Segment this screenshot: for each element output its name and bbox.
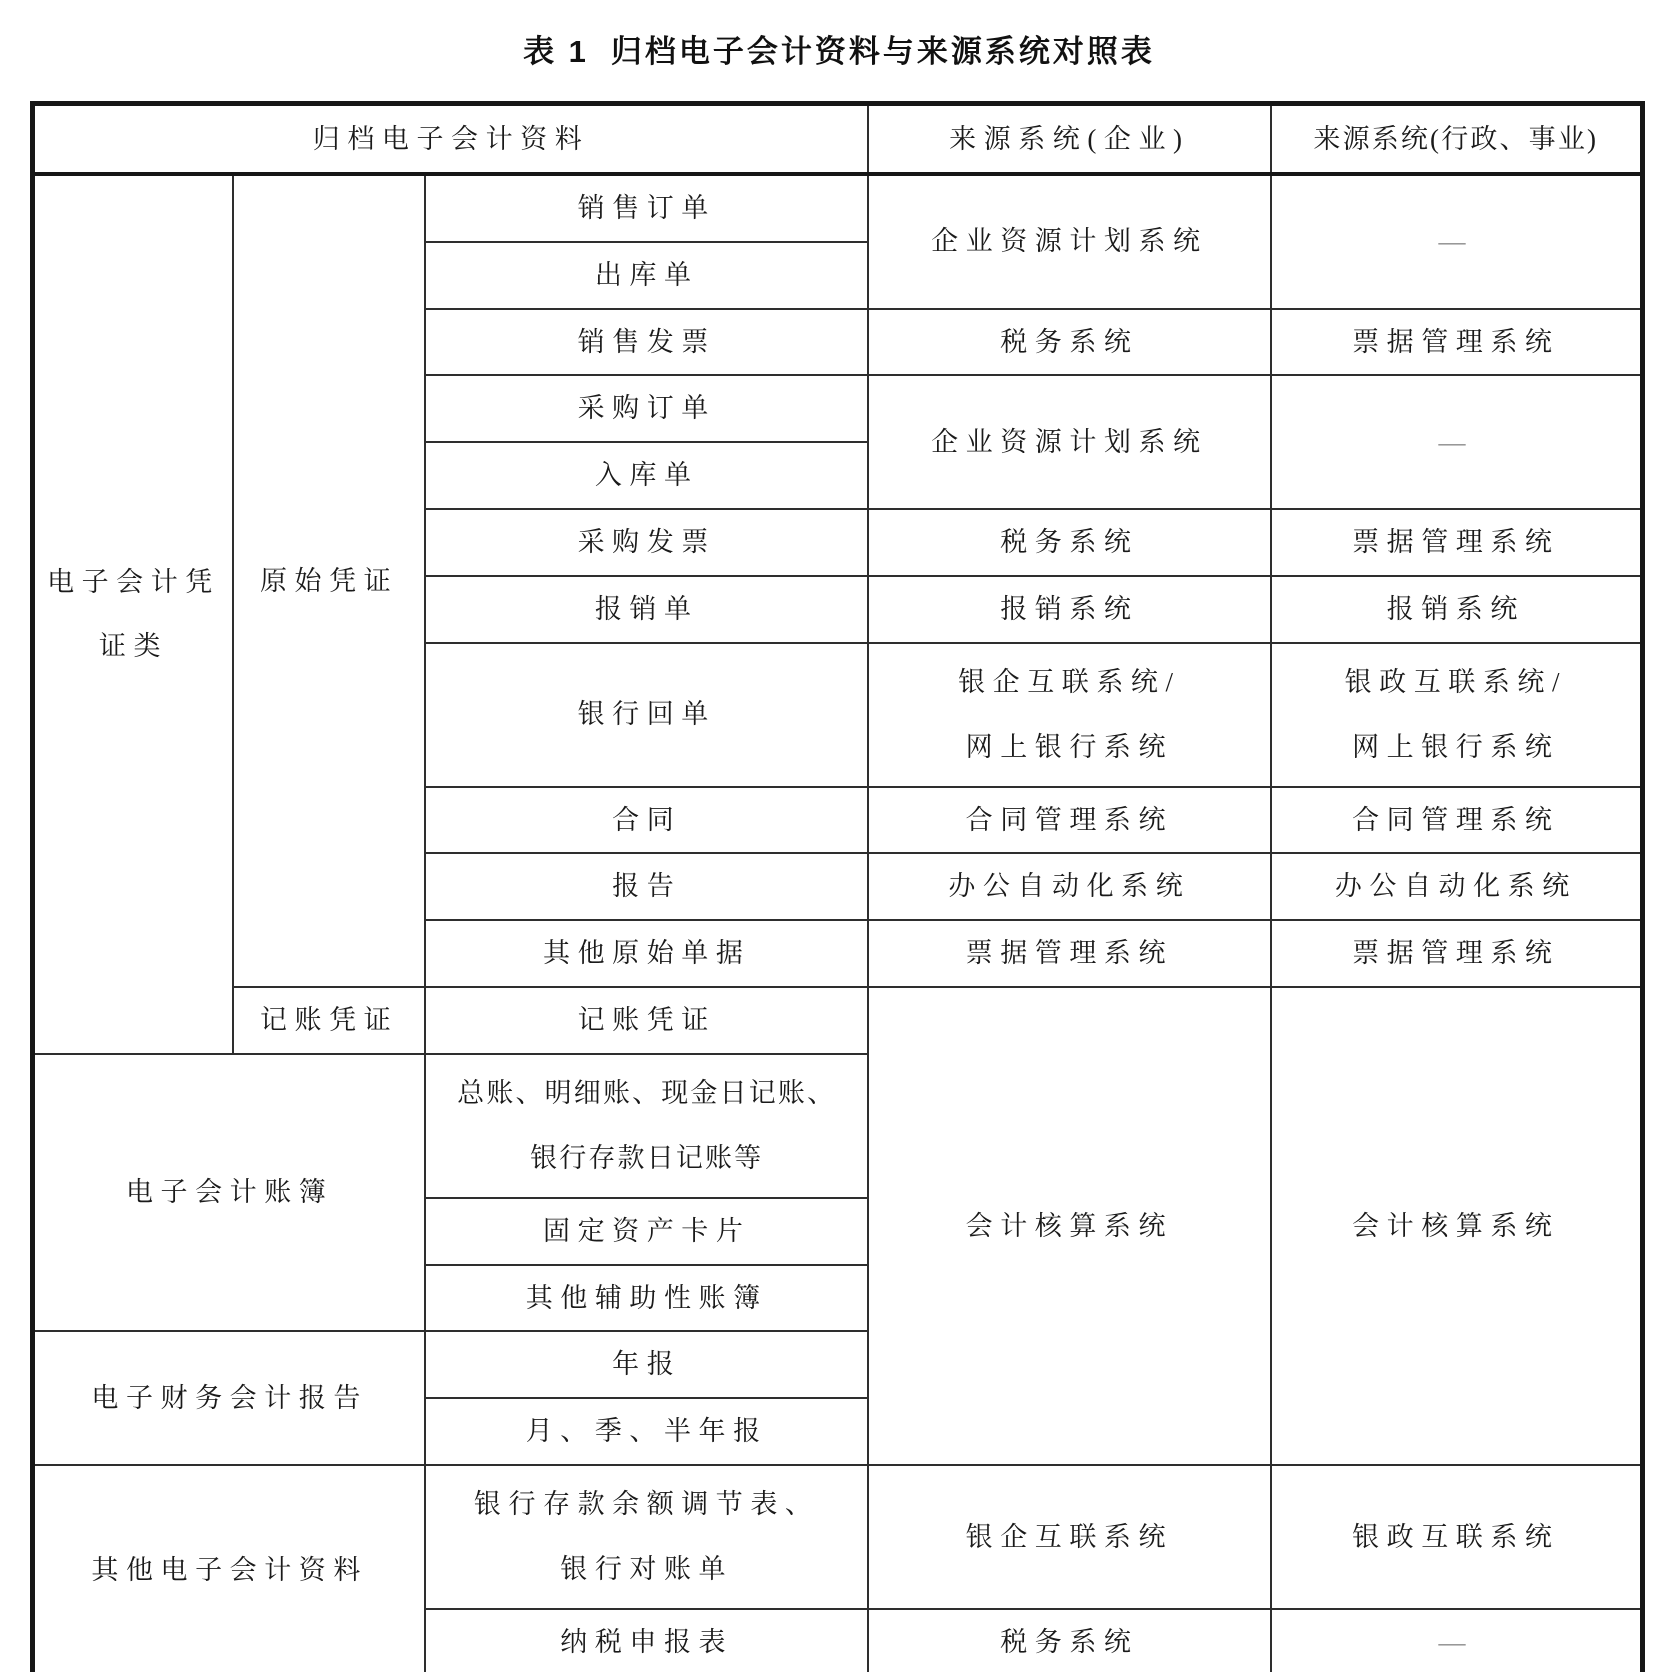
cell-item: 销售订单 <box>425 174 868 242</box>
cell-source-enterprise: 办公自动化系统 <box>868 853 1271 920</box>
cell-item: 固定资产卡片 <box>425 1198 868 1265</box>
header-archived-materials: 归档电子会计资料 <box>33 104 869 175</box>
cell-source-enterprise: 报销系统 <box>868 576 1271 643</box>
cell-item: 采购订单 <box>425 375 868 442</box>
cell-source-enterprise: 会计核算系统 <box>868 987 1271 1465</box>
cell-item: 年报 <box>425 1331 868 1398</box>
cell-source-admin: 办公自动化系统 <box>1271 853 1643 920</box>
cell-subcategory: 记账凭证 <box>233 987 425 1054</box>
cell-source-enterprise: 合同管理系统 <box>868 787 1271 854</box>
cell-item: 销售发票 <box>425 309 868 376</box>
cell-source-admin: 报销系统 <box>1271 576 1643 643</box>
table-header-row: 归档电子会计资料 来源系统(企业) 来源系统(行政、事业) <box>33 104 1643 175</box>
table-row: 电子会计凭 证类 原始凭证 销售订单 企业资源计划系统 — <box>33 174 1643 242</box>
cell-item: 报销单 <box>425 576 868 643</box>
cell-subcategory: 原始凭证 <box>233 174 425 987</box>
cell-source-admin: 票据管理系统 <box>1271 509 1643 576</box>
cell-source-enterprise: 银企互联系统/ 网上银行系统 <box>868 643 1271 787</box>
cell-category: 电子财务会计报告 <box>33 1331 426 1465</box>
cell-item: 其他原始单据 <box>425 920 868 987</box>
cell-source-admin: — <box>1271 375 1643 509</box>
cell-source-enterprise: 税务系统 <box>868 509 1271 576</box>
cell-source-admin: 会计核算系统 <box>1271 987 1643 1465</box>
table-row: 记账凭证 记账凭证 会计核算系统 会计核算系统 <box>33 987 1643 1054</box>
cell-category: 电子会计账簿 <box>33 1054 426 1332</box>
cell-source-enterprise: 企业资源计划系统 <box>868 375 1271 509</box>
cell-item: 入库单 <box>425 442 868 509</box>
table-title-text: 归档电子会计资料与来源系统对照表 <box>611 34 1155 69</box>
cell-item: 纳税申报表 <box>425 1609 868 1672</box>
cell-item: 银行回单 <box>425 643 868 787</box>
table-title: 表 1归档电子会计资料与来源系统对照表 <box>0 0 1678 71</box>
cell-item: 总账、明细账、现金日记账、 银行存款日记账等 <box>425 1054 868 1198</box>
cell-item: 报告 <box>425 853 868 920</box>
cell-source-admin: 票据管理系统 <box>1271 309 1643 376</box>
header-source-admin: 来源系统(行政、事业) <box>1271 104 1643 175</box>
cell-source-enterprise: 企业资源计划系统 <box>868 174 1271 309</box>
cell-item: 合同 <box>425 787 868 854</box>
cell-source-admin: — <box>1271 1609 1643 1672</box>
cell-item: 记账凭证 <box>425 987 868 1054</box>
cell-item: 月、季、半年报 <box>425 1398 868 1465</box>
cell-item: 出库单 <box>425 242 868 309</box>
table-row: 其他电子会计资料 银行存款余额调节表、 银行对账单 银企互联系统 银政互联系统 <box>33 1465 1643 1609</box>
cell-source-enterprise: 税务系统 <box>868 1609 1271 1672</box>
cell-source-enterprise: 银企互联系统 <box>868 1465 1271 1609</box>
cell-source-admin: — <box>1271 174 1643 309</box>
comparison-table: 归档电子会计资料 来源系统(企业) 来源系统(行政、事业) 电子会计凭 证类 原… <box>30 101 1645 1672</box>
cell-source-admin: 银政互联系统/ 网上银行系统 <box>1271 643 1643 787</box>
cell-item: 其他辅助性账簿 <box>425 1265 868 1332</box>
cell-source-admin: 银政互联系统 <box>1271 1465 1643 1609</box>
cell-source-admin: 票据管理系统 <box>1271 920 1643 987</box>
cell-category: 其他电子会计资料 <box>33 1465 426 1672</box>
cell-source-enterprise: 票据管理系统 <box>868 920 1271 987</box>
cell-item: 采购发票 <box>425 509 868 576</box>
header-source-enterprise: 来源系统(企业) <box>868 104 1271 175</box>
cell-source-admin: 合同管理系统 <box>1271 787 1643 854</box>
table-number: 表 1 <box>523 34 589 69</box>
cell-item: 银行存款余额调节表、 银行对账单 <box>425 1465 868 1609</box>
cell-category: 电子会计凭 证类 <box>33 174 233 1054</box>
cell-source-enterprise: 税务系统 <box>868 309 1271 376</box>
